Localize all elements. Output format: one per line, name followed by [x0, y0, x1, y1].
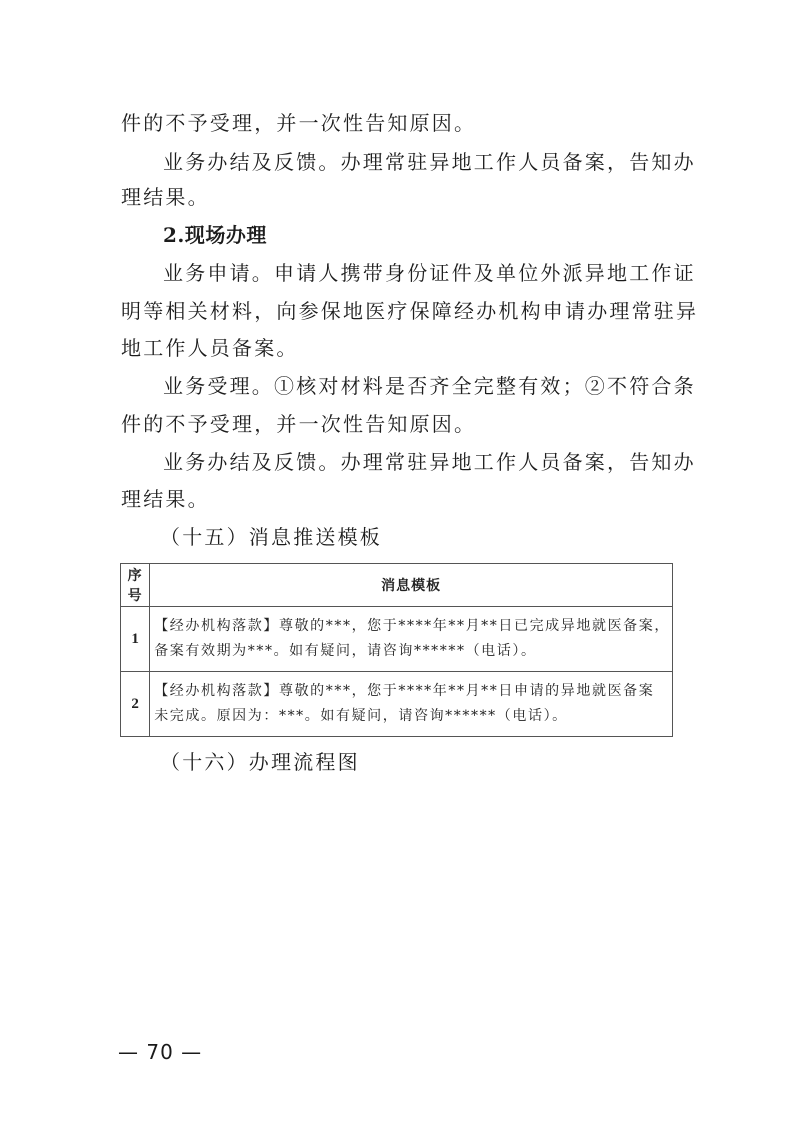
paragraph-line: 明等相关材料，向参保地医疗保障经办机构申请办理常驻异: [121, 299, 673, 323]
message-template-cell: 【经办机构落款】尊敬的***，您于****年**月**日已完成异地就医备案， 备…: [150, 607, 673, 672]
paragraph-line: 理结果。: [121, 487, 673, 511]
message-template-table: 序号 消息模板 1 【经办机构落款】尊敬的***，您于****年**月**日已完…: [120, 563, 673, 737]
message-template-cell: 【经办机构落款】尊敬的***，您于****年**月**日申请的异地就医备案 未完…: [150, 672, 673, 737]
row-number: 1: [121, 607, 150, 672]
table-row: 1 【经办机构落款】尊敬的***，您于****年**月**日已完成异地就医备案，…: [121, 607, 673, 672]
template-line: 备案有效期为***。如有疑问，请咨询******（电话）。: [154, 639, 670, 664]
page-number: — 70 —: [118, 1040, 202, 1064]
template-line: 【经办机构落款】尊敬的***，您于****年**月**日已完成异地就医备案，: [154, 614, 670, 639]
paragraph-line: 业务办结及反馈。办理常驻异地工作人员备案，告知办: [163, 150, 715, 174]
template-line: 未完成。原因为：***。如有疑问，请咨询******（电话）。: [154, 704, 670, 729]
row-number: 2: [121, 672, 150, 737]
section-heading-flowchart: （十六）办理流程图: [160, 750, 712, 774]
paragraph-line: 理结果。: [121, 185, 673, 209]
section-heading-templates: （十五）消息推送模板: [160, 525, 712, 549]
paragraph-line: 地工作人员备案。: [121, 336, 673, 360]
table-header-row: 序号 消息模板: [121, 564, 673, 607]
column-header-template: 消息模板: [150, 564, 673, 607]
paragraph-line: 件的不予受理，并一次性告知原因。: [121, 412, 673, 436]
column-header-no: 序号: [121, 564, 150, 607]
template-line: 【经办机构落款】尊敬的***，您于****年**月**日申请的异地就医备案: [154, 679, 670, 704]
paragraph-line: 业务申请。申请人携带身份证件及单位外派异地工作证: [163, 261, 715, 285]
section-heading-onsite: 2.现场办理: [163, 223, 715, 247]
paragraph-line: 业务受理。①核对材料是否齐全完整有效；②不符合条: [163, 374, 715, 398]
paragraph-line: 业务办结及反馈。办理常驻异地工作人员备案，告知办: [163, 450, 715, 474]
paragraph-line: 件的不予受理，并一次性告知原因。: [121, 111, 673, 135]
document-page: 件的不予受理，并一次性告知原因。 业务办结及反馈。办理常驻异地工作人员备案，告知…: [0, 0, 793, 1122]
table-row: 2 【经办机构落款】尊敬的***，您于****年**月**日申请的异地就医备案 …: [121, 672, 673, 737]
